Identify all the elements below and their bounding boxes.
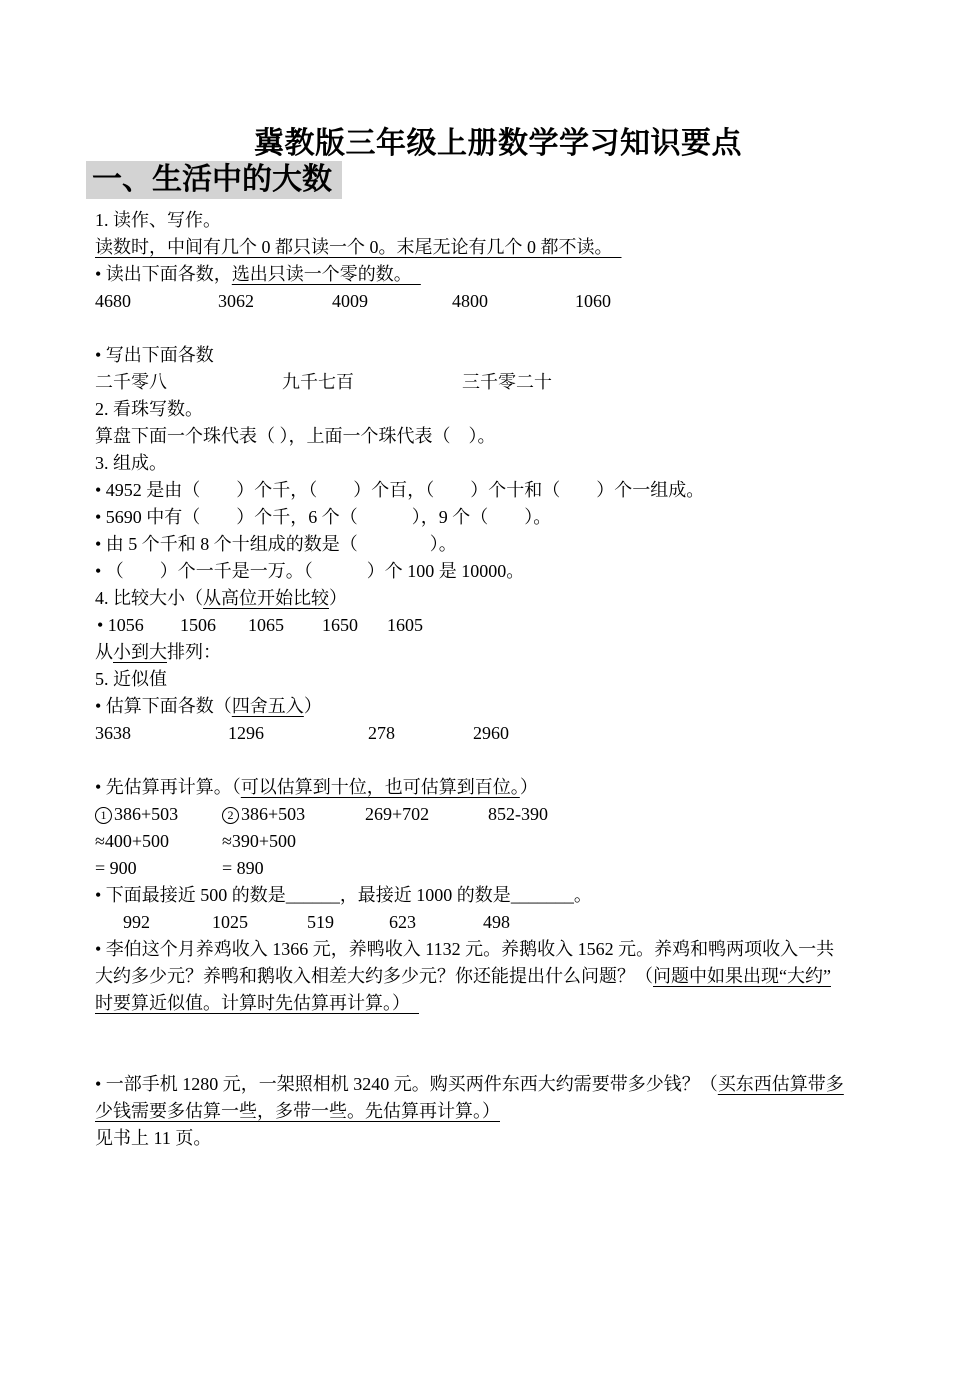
underlined-text: 选出只读一个零的数。 xyxy=(232,264,421,284)
text-segment: _______ xyxy=(511,885,574,905)
doc-col: 4009 xyxy=(332,288,368,315)
doc-col: 二千零八 xyxy=(95,369,167,396)
underlined-text: 时要算近似值。计算时先估算再计算。） xyxy=(95,993,419,1013)
text-segment: ） xyxy=(304,696,322,716)
doc-col: 852-390 xyxy=(488,801,548,828)
col-text: 4680 xyxy=(95,291,131,311)
text-segment: ） xyxy=(520,777,538,797)
doc-line: 二千零八九千七百三千零二十 xyxy=(95,369,895,396)
doc-line: 4. 比较大小（从高位开始比较） xyxy=(95,585,895,612)
col-text: 4800 xyxy=(452,291,488,311)
blank-line xyxy=(95,315,895,342)
doc-line: • 写出下面各数 xyxy=(95,342,895,369)
doc-col: 1386+503 xyxy=(95,801,178,828)
text-segment: • 读出下面各数， xyxy=(95,264,232,284)
col-text: 二千零八 xyxy=(95,372,167,392)
doc-col: 九千七百 xyxy=(282,369,354,396)
text-segment: • 下面最接近 500 的数是 xyxy=(95,885,286,905)
doc-line: • （ ）个一千是一万。（ ）个 100 是 10000。 xyxy=(95,558,895,585)
doc-col: 519 xyxy=(307,909,334,936)
col-text: 九千七百 xyxy=(282,372,354,392)
underlined-text: 可以估算到十位，也可估算到百位。 xyxy=(241,777,520,797)
circled-number-icon: 1 xyxy=(95,807,112,824)
blank-line xyxy=(95,1017,895,1044)
doc-col: 4680 xyxy=(95,288,131,315)
col-text: 3062 xyxy=(218,291,254,311)
col-text: 2960 xyxy=(473,723,509,743)
col-text: 386+503 xyxy=(114,804,178,824)
doc-col: 1296 xyxy=(228,720,264,747)
text-segment: ） xyxy=(329,588,347,608)
text-segment: 1. 读作、写作。 xyxy=(95,210,221,230)
text-segment: • 4952 是由（ ）个千，（ ）个百，（ ）个十和（ ）个一组成。 xyxy=(95,480,704,500)
doc-line: • 一部手机 1280 元，一架照相机 3240 元。购买两件东西大约需要带多少… xyxy=(95,1071,895,1098)
doc-line: 1. 读作、写作。 xyxy=(95,207,895,234)
document-body: 1. 读作、写作。读数时，中间有几个 0 都只读一个 0。末尾无论有几个 0 都… xyxy=(95,207,895,1152)
doc-line: 算盘下面一个珠代表（ ），上面一个珠代表（ ）。 xyxy=(95,423,895,450)
doc-line: • 4952 是由（ ）个千，（ ）个百，（ ）个十和（ ）个一组成。 xyxy=(95,477,895,504)
doc-line: • 李伯这个月养鸡收入 1366 元，养鸭收入 1132 元。养鹅收入 1562… xyxy=(95,936,895,963)
doc-col: = 890 xyxy=(222,855,264,882)
text-segment: ，最接近 1000 的数是 xyxy=(340,885,511,905)
doc-col: 1605 xyxy=(387,612,423,639)
col-text: 623 xyxy=(389,912,416,932)
text-segment: • 5690 中有（ ）个千，6 个（ ），9 个（ ）。 xyxy=(95,507,551,527)
blank-line xyxy=(95,1044,895,1071)
doc-col: 623 xyxy=(389,909,416,936)
col-text: 3638 xyxy=(95,723,131,743)
doc-col: ≈400+500 xyxy=(95,828,169,855)
text-segment: 排列： xyxy=(167,642,221,662)
document-page: 冀教版三年级上册数学学习知识要点 一、生活中的大数 1. 读作、写作。读数时，中… xyxy=(0,0,971,1375)
doc-line: 1386+5032386+503269+702852-390 xyxy=(95,801,895,828)
doc-col: ≈390+500 xyxy=(222,828,296,855)
doc-line: 读数时，中间有几个 0 都只读一个 0。末尾无论有几个 0 都不读。 xyxy=(95,234,895,261)
text-segment: • 写出下面各数 xyxy=(95,345,214,365)
col-text: 1065 xyxy=(248,615,284,635)
col-text: 386+503 xyxy=(241,804,305,824)
col-text: 4009 xyxy=(332,291,368,311)
doc-line: 从小到大排列： xyxy=(95,639,895,666)
doc-line: 9921025519623498 xyxy=(95,909,895,936)
doc-col: 2960 xyxy=(473,720,509,747)
doc-col: 1506 xyxy=(180,612,216,639)
text-segment: 从 xyxy=(95,642,113,662)
text-segment: 算盘下面一个珠代表（ ），上面一个珠代表（ ）。 xyxy=(95,426,496,446)
text-segment: 3. 组成。 xyxy=(95,453,167,473)
col-text: 1296 xyxy=(228,723,264,743)
underlined-text: 买东西估算带多 xyxy=(718,1074,844,1094)
doc-line: • 下面最接近 500 的数是______，最接近 1000 的数是______… xyxy=(95,882,895,909)
doc-line: • 读出下面各数，选出只读一个零的数。 xyxy=(95,261,895,288)
doc-line: 少钱需要多估算一些，多带一些。先估算再计算。） xyxy=(95,1098,895,1125)
col-text: ≈390+500 xyxy=(222,831,296,851)
doc-line: 46803062400948001060 xyxy=(95,288,895,315)
col-text: 498 xyxy=(483,912,510,932)
col-text: 1060 xyxy=(575,291,611,311)
doc-col: 269+702 xyxy=(365,801,429,828)
text-segment: 见书上 11 页。 xyxy=(95,1128,211,1148)
doc-col: 278 xyxy=(368,720,395,747)
text-segment: ______ xyxy=(286,885,340,905)
doc-line: ≈400+500≈390+500 xyxy=(95,828,895,855)
doc-line: 5. 近似值 xyxy=(95,666,895,693)
text-segment: • 估算下面各数（ xyxy=(95,696,232,716)
col-text: 992 xyxy=(123,912,150,932)
text-segment: • （ ）个一千是一万。（ ）个 100 是 10000。 xyxy=(95,561,524,581)
doc-col: = 900 xyxy=(95,855,137,882)
col-text: 1506 xyxy=(180,615,216,635)
col-text: = 900 xyxy=(95,858,137,878)
doc-line: 2. 看珠写数。 xyxy=(95,396,895,423)
doc-line: 3. 组成。 xyxy=(95,450,895,477)
doc-line: = 900= 890 xyxy=(95,855,895,882)
col-text: 1605 xyxy=(387,615,423,635)
col-text: 三千零二十 xyxy=(462,372,552,392)
doc-col: • 1056 xyxy=(97,612,144,639)
text-segment: 5. 近似值 xyxy=(95,669,167,689)
doc-col: 三千零二十 xyxy=(462,369,552,396)
doc-col: 2386+503 xyxy=(222,801,305,828)
doc-line: • 5690 中有（ ）个千，6 个（ ），9 个（ ）。 xyxy=(95,504,895,531)
col-text: 1025 xyxy=(212,912,248,932)
blank-line xyxy=(95,747,895,774)
doc-line: • 10561506106516501605 xyxy=(95,612,895,639)
text-segment: • 李伯这个月养鸡收入 1366 元，养鸭收入 1132 元。养鹅收入 1562… xyxy=(95,939,834,959)
doc-line: • 估算下面各数（四舍五入） xyxy=(95,693,895,720)
doc-col: 3062 xyxy=(218,288,254,315)
text-segment: • 由 5 个千和 8 个十组成的数是（ ）。 xyxy=(95,534,457,554)
circled-number-icon: 2 xyxy=(222,807,239,824)
underlined-text: 问题中如果出现“大约” xyxy=(653,966,831,986)
underlined-text: 少钱需要多估算一些，多带一些。先估算再计算。） xyxy=(95,1101,500,1121)
doc-col: 498 xyxy=(483,909,510,936)
underlined-text: 读数时，中间有几个 0 都只读一个 0。末尾无论有几个 0 都不读。 xyxy=(95,237,622,257)
doc-col: 992 xyxy=(123,909,150,936)
doc-line: 见书上 11 页。 xyxy=(95,1125,895,1152)
col-text: 278 xyxy=(368,723,395,743)
col-text: ≈400+500 xyxy=(95,831,169,851)
doc-line: 大约多少元？养鸭和鹅收入相差大约多少元？你还能提出什么问题？（问题中如果出现“大… xyxy=(95,963,895,990)
col-text: 519 xyxy=(307,912,334,932)
col-text: 852-390 xyxy=(488,804,548,824)
underlined-text: 小到大 xyxy=(113,642,167,662)
doc-col: 1025 xyxy=(212,909,248,936)
doc-line: 363812962782960 xyxy=(95,720,895,747)
text-segment: 大约多少元？养鸭和鹅收入相差大约多少元？你还能提出什么问题？（ xyxy=(95,966,653,986)
page-title: 冀教版三年级上册数学学习知识要点 xyxy=(25,118,971,162)
text-segment: • 一部手机 1280 元，一架照相机 3240 元。购买两件东西大约需要带多少… xyxy=(95,1074,718,1094)
doc-line: 时要算近似值。计算时先估算再计算。） xyxy=(95,990,895,1017)
doc-line: • 先估算再计算。（可以估算到十位，也可估算到百位。） xyxy=(95,774,895,801)
doc-col: 1060 xyxy=(575,288,611,315)
col-text: = 890 xyxy=(222,858,264,878)
doc-col: 1065 xyxy=(248,612,284,639)
underlined-text: 从高位开始比较 xyxy=(203,588,329,608)
doc-col: 4800 xyxy=(452,288,488,315)
col-text: 269+702 xyxy=(365,804,429,824)
doc-line: • 由 5 个千和 8 个十组成的数是（ ）。 xyxy=(95,531,895,558)
text-segment: 4. 比较大小（ xyxy=(95,588,203,608)
doc-col: 1650 xyxy=(322,612,358,639)
doc-col: 3638 xyxy=(95,720,131,747)
col-text: • 1056 xyxy=(97,615,144,635)
section-heading: 一、生活中的大数 xyxy=(86,161,342,199)
col-text: 1650 xyxy=(322,615,358,635)
underlined-text: 四舍五入 xyxy=(232,696,304,716)
text-segment: • 先估算再计算。（ xyxy=(95,777,241,797)
text-segment: 2. 看珠写数。 xyxy=(95,399,203,419)
text-segment: 。 xyxy=(574,885,592,905)
